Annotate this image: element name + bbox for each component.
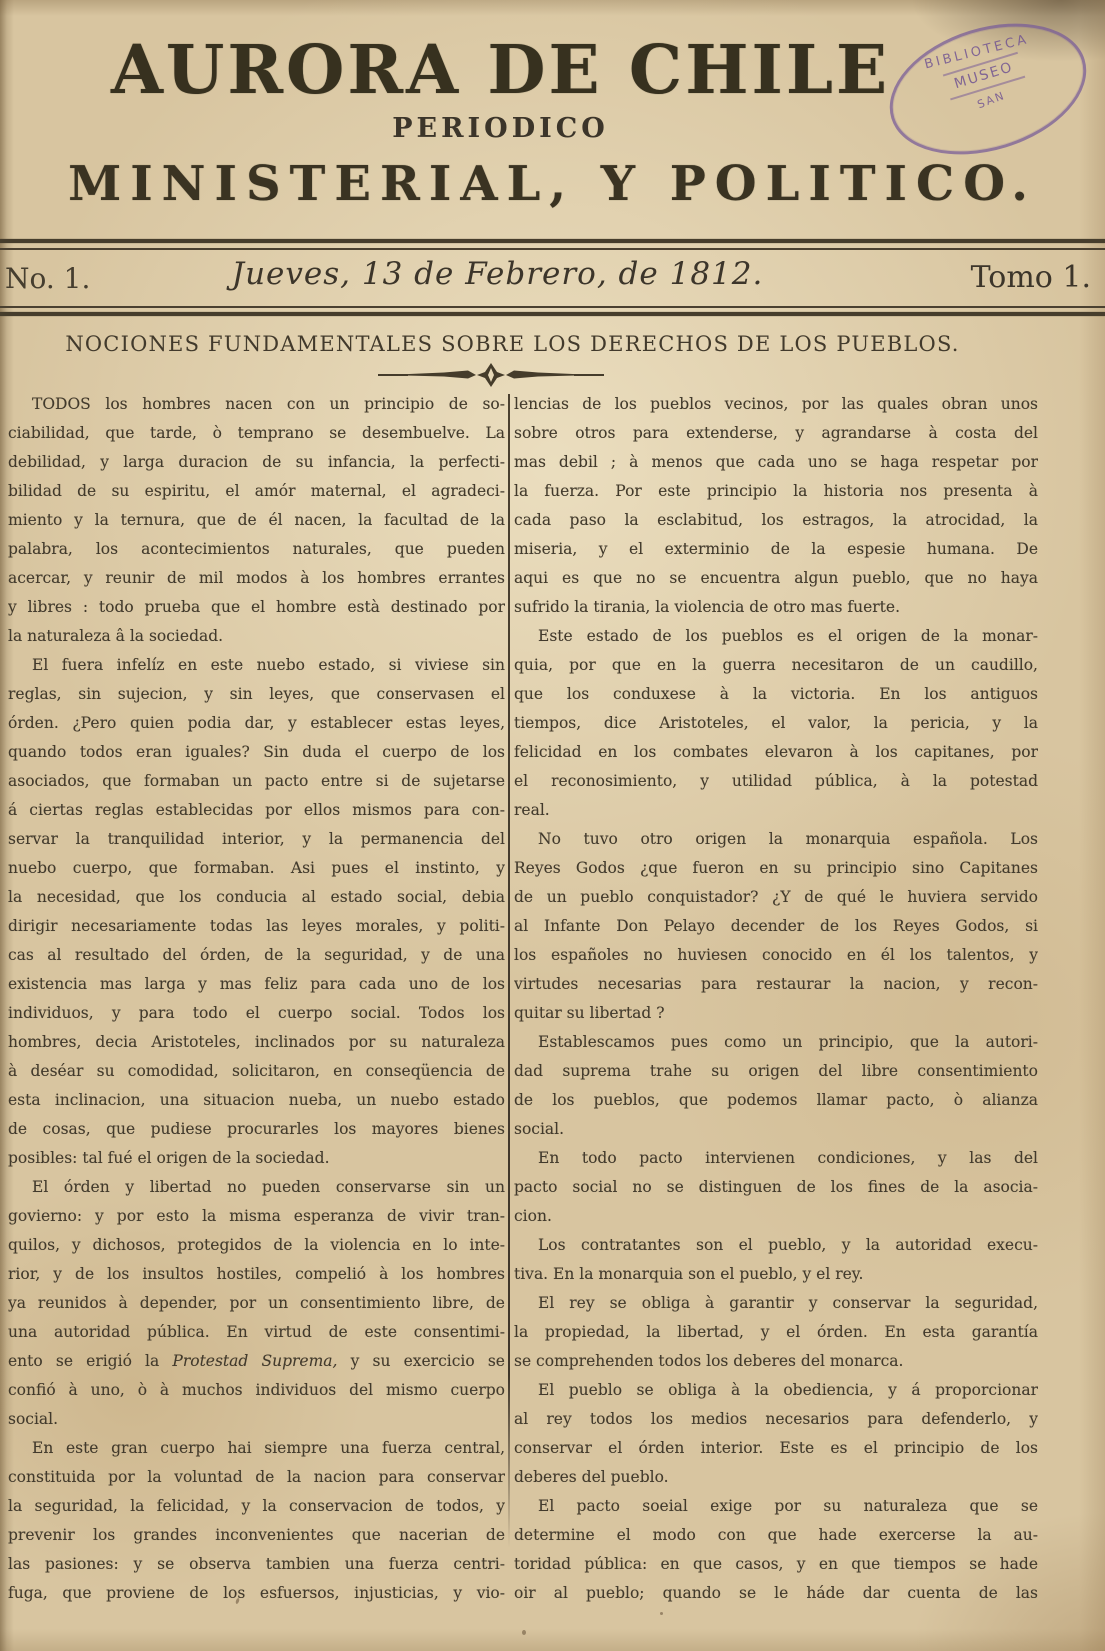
text-line: El fuera infelíz en este nuebo estado, s… <box>8 651 505 680</box>
paragraph: Los contratantes son el pueblo, y la aut… <box>514 1231 1038 1289</box>
text-line: No tuvo otro origen la monarquia español… <box>514 825 1038 854</box>
text-line: ento se erigió la Protestad Suprema, y s… <box>8 1347 505 1376</box>
text-line: El rey se obliga à garantir y conservar … <box>514 1289 1038 1318</box>
text-line: acercar, y reunir de mil modos à los hom… <box>8 564 505 593</box>
article-heading: NOCIONES FUNDAMENTALES SOBRE LOS DERECHO… <box>0 332 1065 356</box>
text-line: à deséar su comodidad, solicitaron, en c… <box>8 1057 505 1086</box>
text-line: bilidad de su espiritu, el amór maternal… <box>8 477 505 506</box>
text-line: felicidad en los combates elevaron à los… <box>514 738 1038 767</box>
text-line: posibles: tal fué el origen de la socied… <box>8 1144 505 1173</box>
paragraph: El rey se obliga à garantir y conservar … <box>514 1289 1038 1376</box>
text-line: El pacto soeial exige por su naturaleza … <box>514 1492 1038 1521</box>
text-line: y libres : todo prueba que el hombre est… <box>8 593 505 622</box>
text-line: Establescamos pues como un principio, qu… <box>514 1028 1038 1057</box>
ink-speck <box>660 1612 663 1615</box>
text-line: Este estado de los pueblos es el origen … <box>514 622 1038 651</box>
column-left: TODOS los hombres nacen con un principio… <box>8 390 505 1608</box>
paragraph: En este gran cuerpo hai siempre una fuer… <box>8 1434 505 1608</box>
text-line: al rey todos los medios necesarios para … <box>514 1405 1038 1434</box>
text-line: esta inclinacion, una situacion nueba, u… <box>8 1086 505 1115</box>
paragraph: No tuvo otro origen la monarquia español… <box>514 825 1038 1028</box>
text-line: constituida por la voluntad de la nacion… <box>8 1463 505 1492</box>
text-line: El pueblo se obliga à la obediencia, y á… <box>514 1376 1038 1405</box>
newspaper-subtitle2: MINISTERIAL, Y POLITICO. <box>0 156 1105 212</box>
text-line: mas debil ; à menos que cada uno se haga… <box>514 448 1038 477</box>
text-line: ciabilidad, que tarde, ò temprano se des… <box>8 419 505 448</box>
double-rule-bottom <box>0 306 1105 316</box>
text-line: se comprehenden todos los deberes del mo… <box>514 1347 1038 1376</box>
paragraph: El pueblo se obliga à la obediencia, y á… <box>514 1376 1038 1492</box>
dateline: No. 1. Jueves, 13 de Febrero, de 1812. T… <box>0 250 1105 306</box>
text-line: cada paso la esclabitud, los estragos, l… <box>514 506 1038 535</box>
rule-thick <box>0 312 1105 316</box>
text-line: El órden y libertad no pueden conservars… <box>8 1173 505 1202</box>
text-line: prevenir los grandes inconvenientes que … <box>8 1521 505 1550</box>
text-line: servar la tranquilidad interior, y la pe… <box>8 825 505 854</box>
volume-number: Tomo 1. <box>971 260 1091 295</box>
paragraph: El fuera infelíz en este nuebo estado, s… <box>8 651 505 1173</box>
paragraph: El órden y libertad no pueden conservars… <box>8 1173 505 1434</box>
text-line: virtudes necesarias para restaurar la na… <box>514 970 1038 999</box>
text-line: órden. ¿Pero quien podia dar, y establec… <box>8 709 505 738</box>
paragraph: En todo pacto intervienen condiciones, y… <box>514 1144 1038 1231</box>
text-line: debilidad, y larga duracion de su infanc… <box>8 448 505 477</box>
text-line: toridad pública: en que casos, y en que … <box>514 1550 1038 1579</box>
text-line: determine el modo con que hade exercerse… <box>514 1521 1038 1550</box>
text-line: En todo pacto intervienen condiciones, y… <box>514 1144 1038 1173</box>
text-line: la seguridad, la felicidad, y la conserv… <box>8 1492 505 1521</box>
text-line: los españoles no huviesen conocido en él… <box>514 941 1038 970</box>
paragraph: lencias de los pueblos vecinos, por las … <box>514 390 1038 622</box>
text-line: quia, por que en la guerra necesitaron d… <box>514 651 1038 680</box>
paragraph: TODOS los hombres nacen con un principio… <box>8 390 505 651</box>
issue-date: Jueves, 13 de Febrero, de 1812. <box>0 256 995 292</box>
text-line: miseria, y el exterminio de la espesie h… <box>514 535 1038 564</box>
text-line: asociados, que formaban un pacto entre s… <box>8 767 505 796</box>
text-line: sobre otros para extenderse, y agrandars… <box>514 419 1038 448</box>
newspaper-page: AURORA DE CHILE PERIODICO MINISTERIAL, Y… <box>0 0 1105 1651</box>
text-line: social. <box>8 1405 505 1434</box>
text-line: dirigir necesariamente todas las leyes m… <box>8 912 505 941</box>
text-line: la necesidad, que los conducia al estado… <box>8 883 505 912</box>
ornament-divider-icon <box>376 362 606 388</box>
text-line: govierno: y por esto la misma esperanza … <box>8 1202 505 1231</box>
text-line: lencias de los pueblos vecinos, por las … <box>514 390 1038 419</box>
text-line: reglas, sin sujecion, y sin leyes, que c… <box>8 680 505 709</box>
text-line: Reyes Godos ¿que fueron en su principio … <box>514 854 1038 883</box>
text-line: deberes del pueblo. <box>514 1463 1038 1492</box>
paragraph: Establescamos pues como un principio, qu… <box>514 1028 1038 1144</box>
text-line: ya reunidos à depender, por un consentim… <box>8 1289 505 1318</box>
text-line: miento y la ternura, que de él nacen, la… <box>8 506 505 535</box>
paragraph: Este estado de los pueblos es el origen … <box>514 622 1038 825</box>
paragraph: El pacto soeial exige por su naturaleza … <box>514 1492 1038 1608</box>
text-line: quitar su libertad ? <box>514 999 1038 1028</box>
text-line: de un pueblo conquistador? ¿Y de qué le … <box>514 883 1038 912</box>
text-line: tiva. En la monarquia son el pueblo, y e… <box>514 1260 1038 1289</box>
text-line: quando todos eran iguales? Sin duda el c… <box>8 738 505 767</box>
text-line: la naturaleza â la sociedad. <box>8 622 505 651</box>
text-line: el reconosimiento, y utilidad pública, à… <box>514 767 1038 796</box>
text-line: tiempos, dice Aristoteles, el valor, la … <box>514 709 1038 738</box>
text-line: rior, y de los insultos hostiles, compel… <box>8 1260 505 1289</box>
text-line: nuebo cuerpo, que formaban. Asi pues el … <box>8 854 505 883</box>
text-line: la propiedad, la libertad, y el órden. E… <box>514 1318 1038 1347</box>
text-line: real. <box>514 796 1038 825</box>
text-line: individuos, y para todo el cuerpo social… <box>8 999 505 1028</box>
text-line: social. <box>514 1115 1038 1144</box>
text-line: palabra, los acontecimientos naturales, … <box>8 535 505 564</box>
text-line: fuga, que proviene de los esfuersos, inj… <box>8 1579 505 1608</box>
library-stamp: BIBLIOTECA MUSEO SAN <box>874 1 1103 177</box>
text-line: de cosas, que pudiese procurarles los ma… <box>8 1115 505 1144</box>
text-line: dad suprema trahe su origen del libre co… <box>514 1057 1038 1086</box>
column-right: lencias de los pueblos vecinos, por las … <box>514 390 1038 1608</box>
text-line: á ciertas reglas establecidas por ellos … <box>8 796 505 825</box>
text-line: cas al resultado del órden, de la seguri… <box>8 941 505 970</box>
text-line: las pasiones: y se observa tambien una f… <box>8 1550 505 1579</box>
text-line: confió à uno, ò à muchos individuos del … <box>8 1376 505 1405</box>
column-divider-rule <box>508 394 510 1548</box>
text-line: al Infante Don Pelayo decender de los Re… <box>514 912 1038 941</box>
rule-thin <box>0 306 1105 308</box>
text-line: que los conduxese à la victoria. En los … <box>514 680 1038 709</box>
text-line: pacto social no se distinguen de los fin… <box>514 1173 1038 1202</box>
article-body: TODOS los hombres nacen con un principio… <box>0 390 1105 1608</box>
text-line: cion. <box>514 1202 1038 1231</box>
text-line: una autoridad pública. En virtud de este… <box>8 1318 505 1347</box>
text-line: aqui es que no se encuentra algun pueblo… <box>514 564 1038 593</box>
text-line: de los pueblos, que podemos llamar pacto… <box>514 1086 1038 1115</box>
text-line: existencia mas larga y mas feliz para ca… <box>8 970 505 999</box>
ink-speck <box>522 1630 526 1635</box>
rule-thick <box>0 239 1105 243</box>
text-line: Los contratantes son el pueblo, y la aut… <box>514 1231 1038 1260</box>
text-line: sufrido la tirania, la violencia de otro… <box>514 593 1038 622</box>
text-line: conservar el órden interior. Este es el … <box>514 1434 1038 1463</box>
double-rule-top <box>0 239 1105 250</box>
text-line: la fuerza. Por este principio la histori… <box>514 477 1038 506</box>
text-line: TODOS los hombres nacen con un principio… <box>8 390 505 419</box>
text-line: hombres, decia Aristoteles, inclinados p… <box>8 1028 505 1057</box>
masthead: AURORA DE CHILE PERIODICO MINISTERIAL, Y… <box>0 0 1105 212</box>
text-line: quilos, y dichosos, protegidos de la vio… <box>8 1231 505 1260</box>
text-line: oir al pueblo; quando se le háde dar cue… <box>514 1579 1038 1608</box>
text-line: En este gran cuerpo hai siempre una fuer… <box>8 1434 505 1463</box>
